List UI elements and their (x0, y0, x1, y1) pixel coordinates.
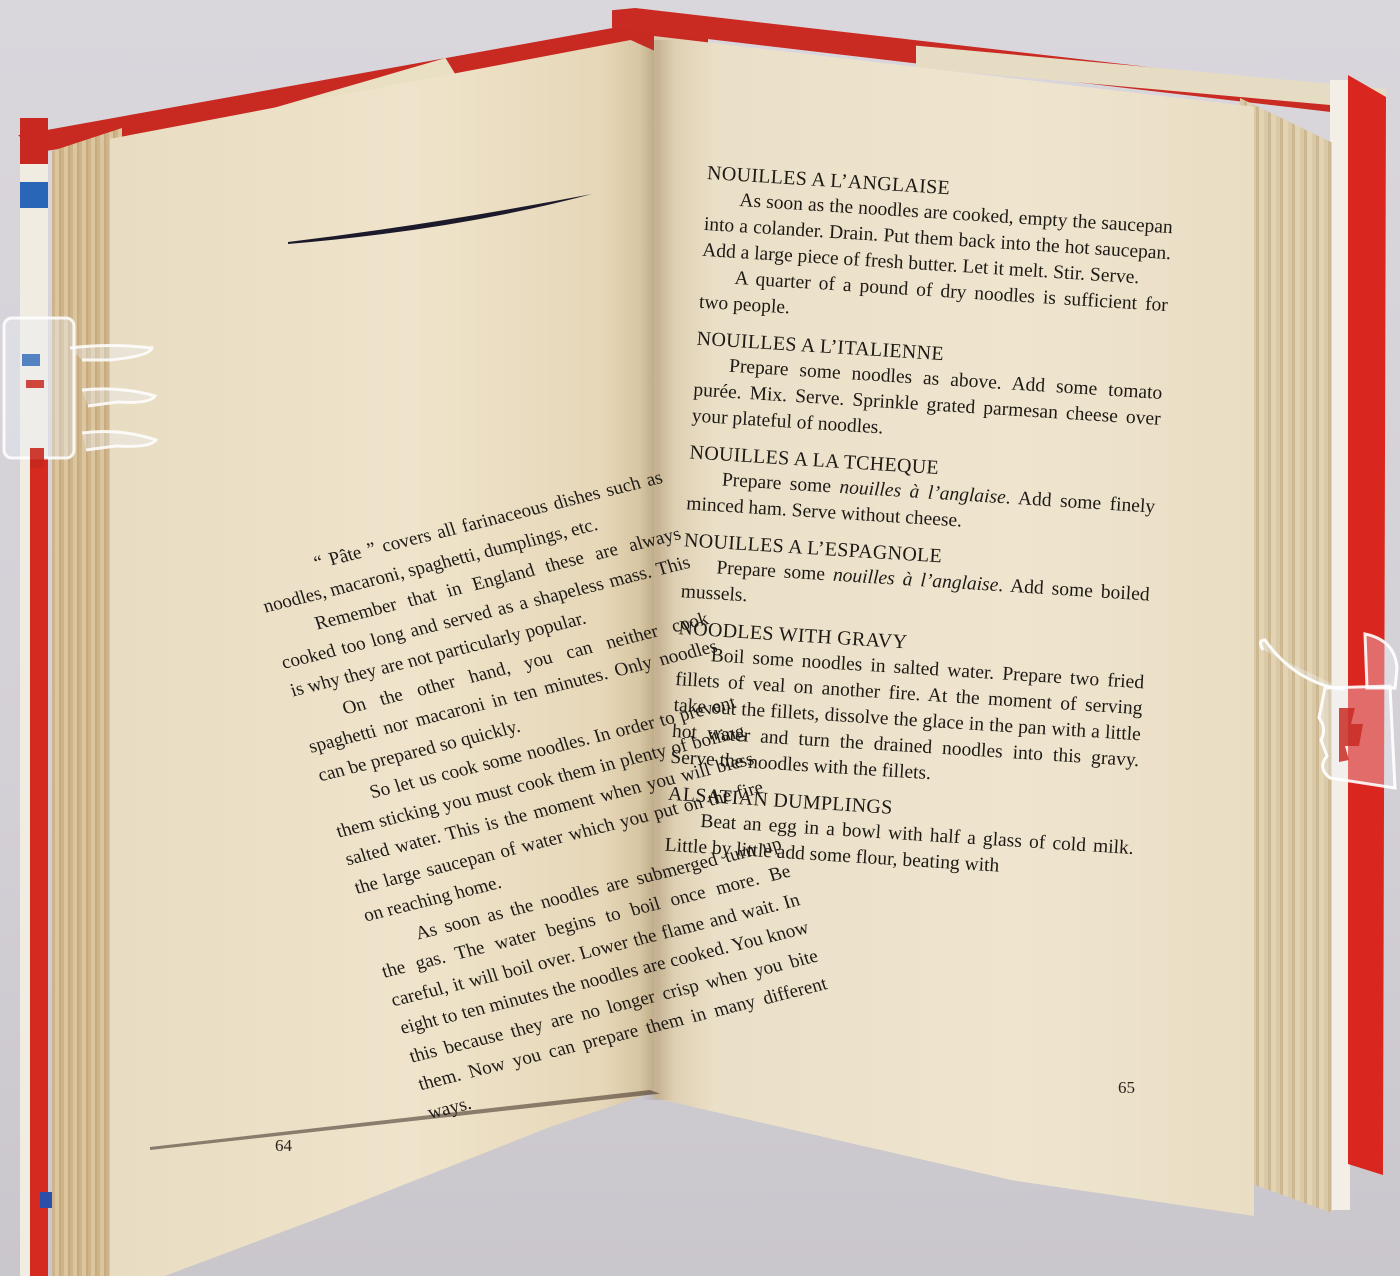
recipe: NOODLES WITH GRAVY Boil some noodles in … (670, 615, 1147, 800)
recipe: NOUILLES A L’ITALIENNE Prepare some nood… (691, 326, 1165, 459)
page-clip-icon[interactable] (1255, 628, 1400, 798)
right-page-text: NOUILLES A L’ANGLAISE As soon as the noo… (663, 160, 1175, 898)
blue-stripe (20, 182, 48, 208)
page-number: 64 (275, 1136, 292, 1156)
right-cover-edge (1348, 75, 1386, 1175)
ornament-rule-icon (286, 192, 596, 248)
recipe: NOUILLES A L’ESPAGNOLE Prepare some noui… (680, 527, 1152, 634)
red-stripe (20, 118, 48, 164)
recipe: NOUILLES A LA TCHEQUE Prepare some nouil… (686, 439, 1158, 546)
red-spine-stripe (30, 458, 48, 1276)
page-number: 65 (1118, 1078, 1135, 1098)
recipe: ALSATIAN DUMPLINGS Beat an egg in a bowl… (664, 781, 1136, 888)
recipe: NOUILLES A L’ANGLAISE As soon as the noo… (698, 160, 1175, 345)
left-cover-edge (20, 118, 48, 1276)
page-clip-icon[interactable] (0, 298, 160, 470)
book-photo: “ Pâte ” covers all farinaceous dishes s… (0, 0, 1400, 1276)
